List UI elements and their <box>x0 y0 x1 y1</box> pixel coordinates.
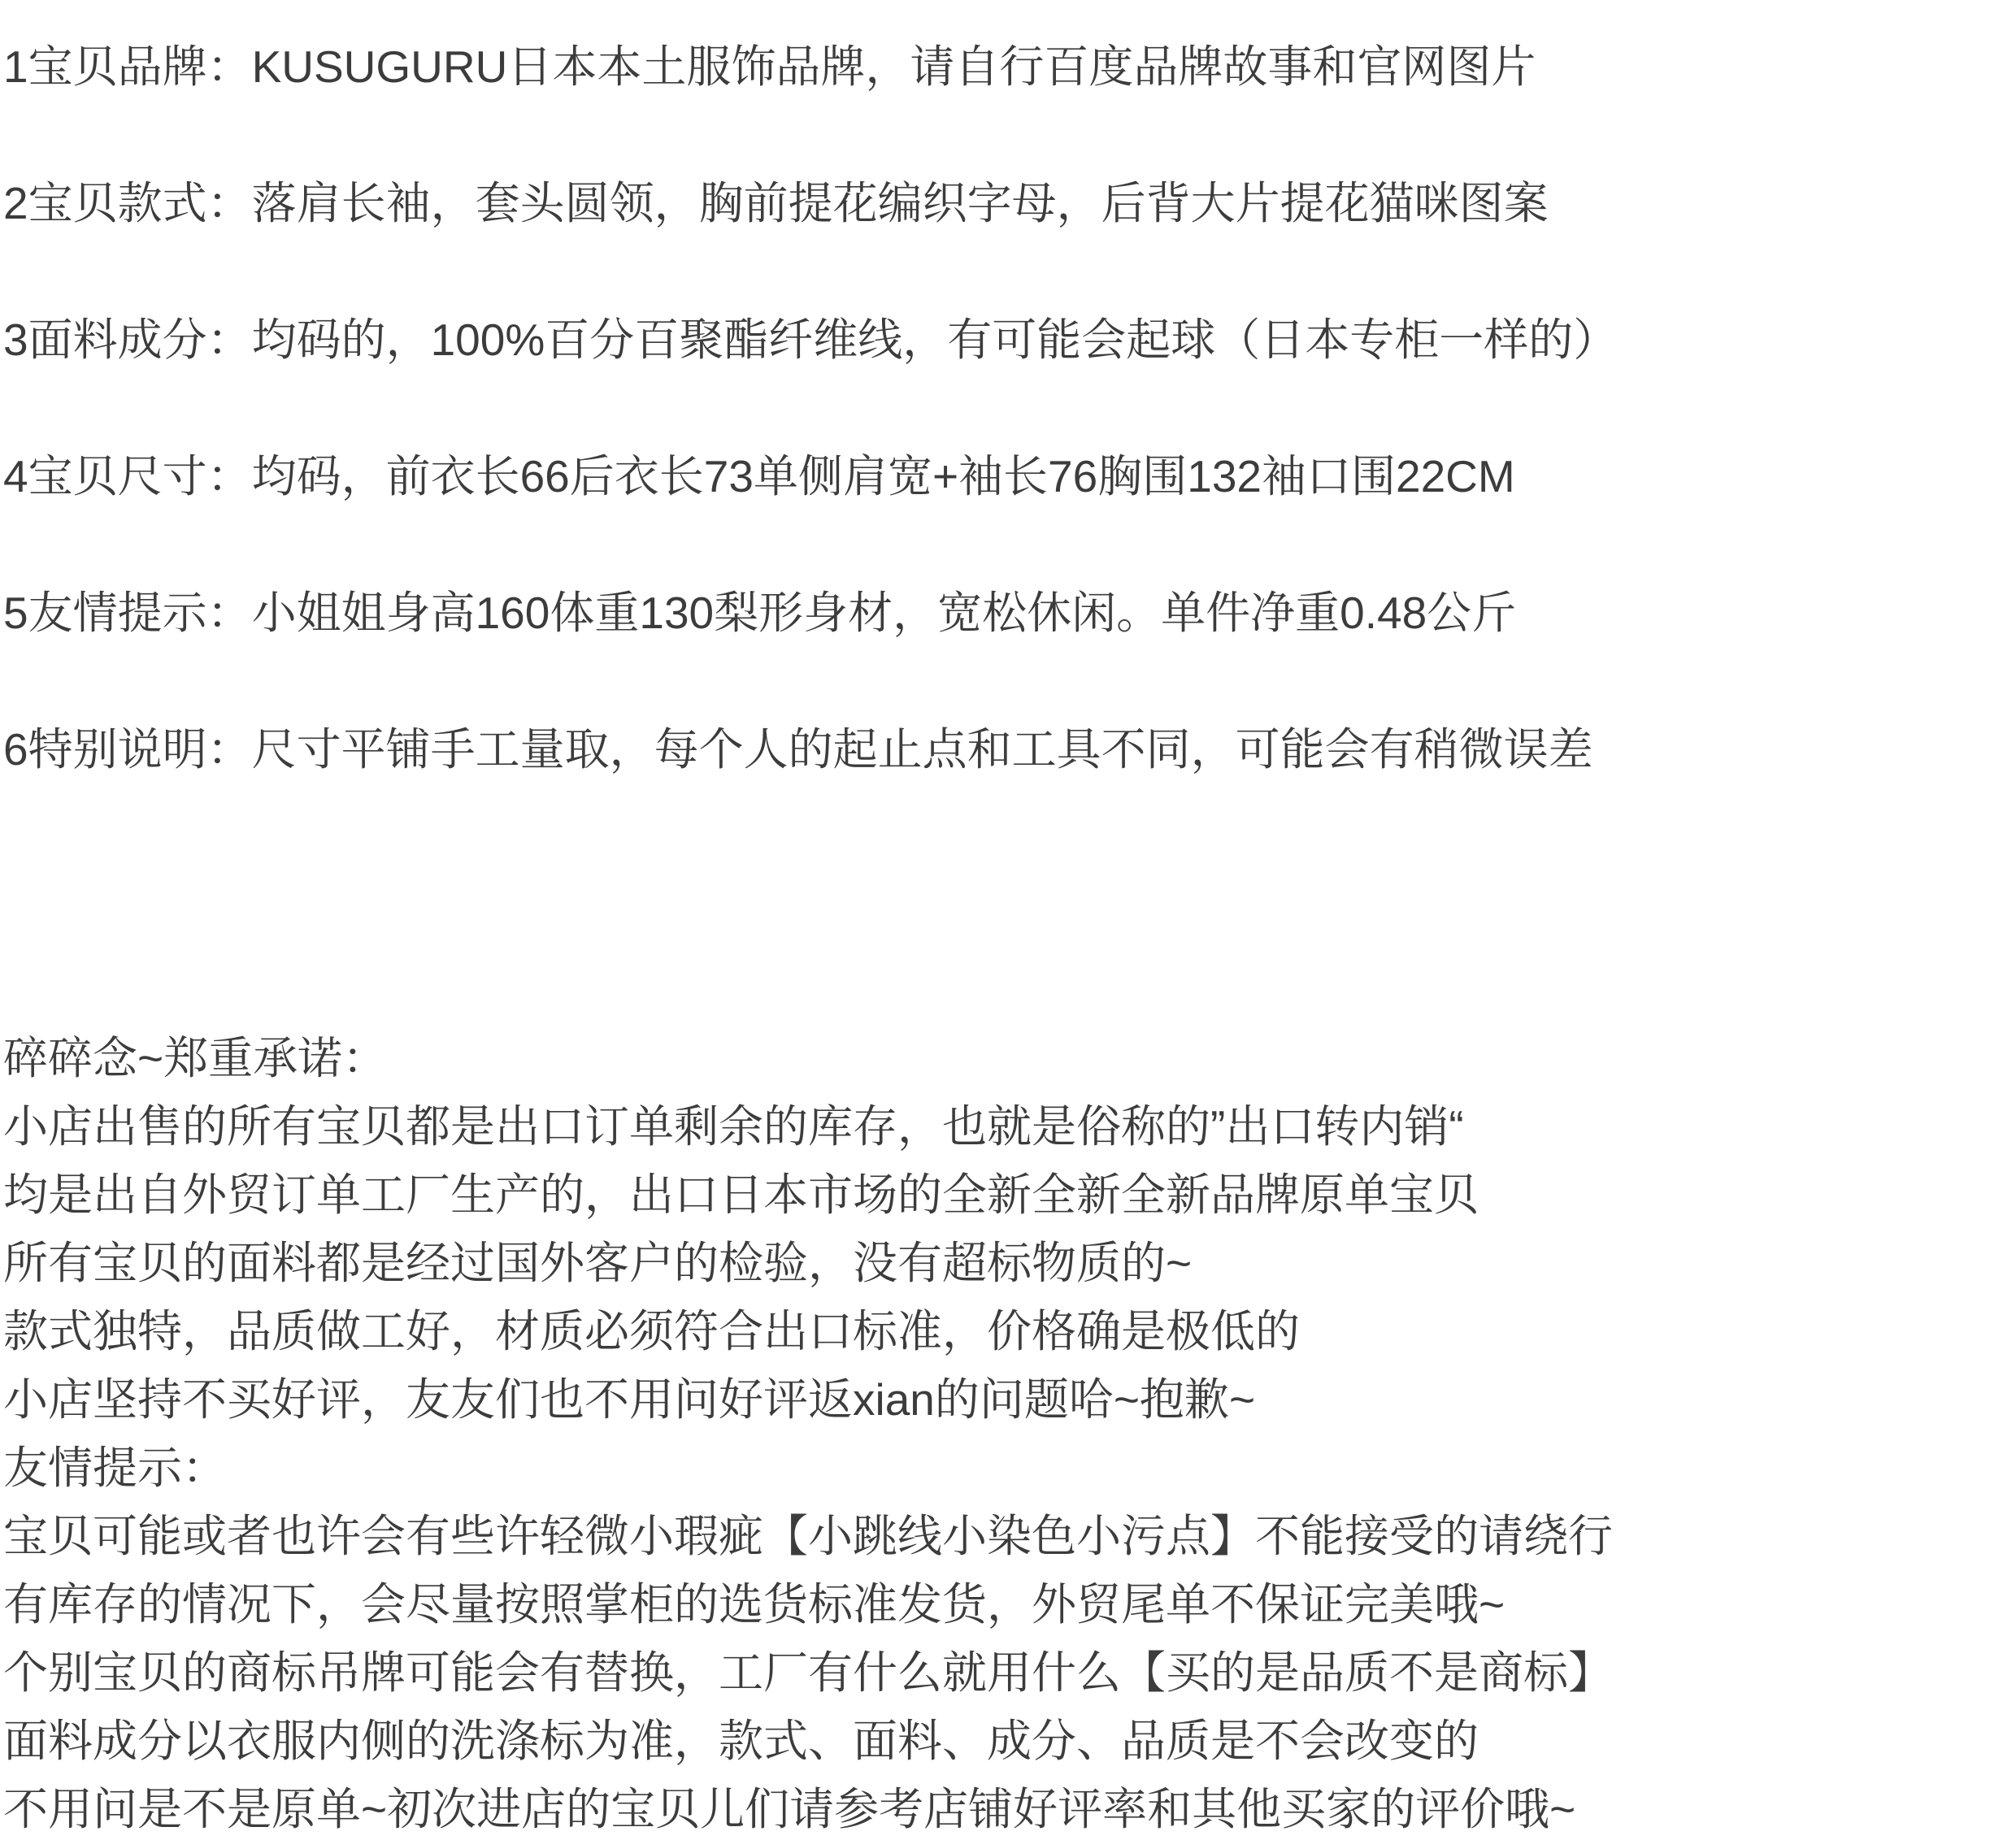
text-line: 5友情提示：小姐姐身高160体重130梨形身材，宽松休闲。单件净重0.48公斤 <box>3 579 2000 647</box>
text-line: 款式独特，品质做工好，材质必须符合出口标准，价格确是极低的 <box>3 1297 2000 1365</box>
seller-notes-section: 碎碎念~郑重承诺：小店出售的所有宝贝都是出口订单剩余的库存，也就是俗称的”出口转… <box>3 1024 2000 1840</box>
text-line: 小店出售的所有宝贝都是出口订单剩余的库存，也就是俗称的”出口转内销“ <box>3 1092 2000 1161</box>
text-line: 均是出自外贸订单工厂生产的，出口日本市场的全新全新全新品牌原单宝贝 <box>3 1161 2000 1229</box>
text-line: 1宝贝品牌：KUSUGURU日本本土服饰品牌，请自行百度品牌故事和官网图片 <box>3 33 2000 101</box>
text-line: 所有宝贝的面料都是经过国外客户的检验，没有超标物质的~ <box>3 1229 2000 1297</box>
product-description-page: 1宝贝品牌：KUSUGURU日本本土服饰品牌，请自行百度品牌故事和官网图片2宝贝… <box>0 0 2016 1840</box>
text-line: 不用问是不是原单~初次进店的宝贝儿们请参考店铺好评率和其他买家的评价哦~ <box>3 1775 2000 1840</box>
product-specs-section: 1宝贝品牌：KUSUGURU日本本土服饰品牌，请自行百度品牌故事和官网图片2宝贝… <box>3 33 2000 783</box>
text-line: 6特别说明：尺寸平铺手工量取，每个人的起止点和工具不同，可能会有稍微误差 <box>3 715 2000 783</box>
text-line: 3面料成分：均码的，100%百分百聚酯纤维线，有可能会起球（日本专柜一样的） <box>3 306 2000 374</box>
text-line: 友情提示： <box>3 1434 2000 1502</box>
text-line: 宝贝可能或者也许会有些许轻微小瑕疵【小跳线小染色小污点】不能接受的请绕行 <box>3 1502 2000 1570</box>
text-line: 面料成分以衣服内侧的洗涤标为准，款式、面料、成分、品质是不会改变的 <box>3 1707 2000 1775</box>
text-line: 4宝贝尺寸：均码，前衣长66后衣长73单侧肩宽+袖长76胸围132袖口围22CM <box>3 442 2000 510</box>
text-line: 2宝贝款式：落肩长袖，套头圆领，胸前提花编织字母，后背大片提花猫咪图案 <box>3 169 2000 237</box>
text-line: 碎碎念~郑重承诺： <box>3 1024 2000 1092</box>
text-line: 有库存的情况下，会尽量按照掌柜的选货标准发货，外贸尾单不保证完美哦~ <box>3 1570 2000 1638</box>
text-line: 小店坚持不买好评，友友们也不用问好评返xian的问题哈~抱歉~ <box>3 1365 2000 1434</box>
text-line: 个别宝贝的商标吊牌可能会有替换，工厂有什么就用什么【买的是品质不是商标】 <box>3 1638 2000 1707</box>
